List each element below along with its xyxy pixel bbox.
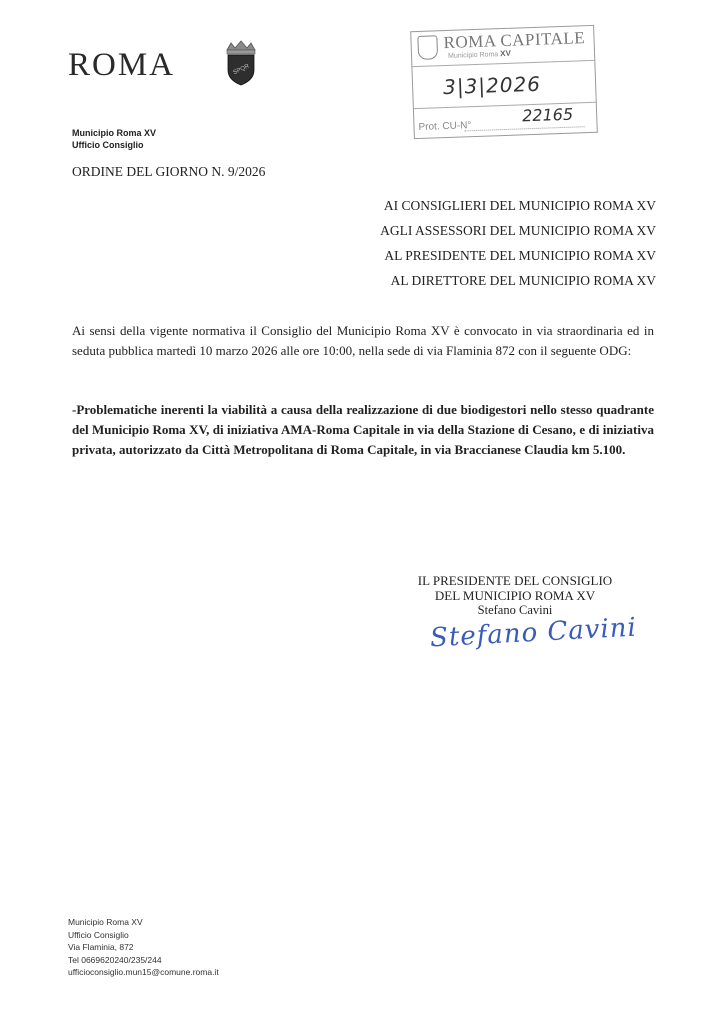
signature-block: IL PRESIDENTE DEL CONSIGLIO DEL MUNICIPI… xyxy=(400,573,630,618)
stamp-subtitle: Municipio Roma XV xyxy=(448,49,511,60)
recipients-list: AI CONSIGLIERI DEL MUNICIPIO ROMA XV AGL… xyxy=(380,193,656,293)
footer-line: Via Flaminia, 872 xyxy=(68,941,219,954)
stamp-prot-label: Prot. CU-N° xyxy=(418,120,471,133)
stamp-subtitle-text: Municipio Roma xyxy=(448,51,498,60)
signature-title-line1: IL PRESIDENTE DEL CONSIGLIO xyxy=(400,573,630,588)
roma-logo-text: ROMA xyxy=(68,47,175,84)
agenda-item: -Problematiche inerenti la viabilità a c… xyxy=(72,400,654,460)
stamp-prot-number: 22165 xyxy=(522,105,574,126)
stamp-date: 3|3|2026 xyxy=(443,72,542,99)
recipient: AL DIRETTORE DEL MUNICIPIO ROMA XV xyxy=(380,268,656,293)
stamp-subtitle-xv: XV xyxy=(500,49,511,58)
office-header: Municipio Roma XV Ufficio Consiglio xyxy=(72,127,156,151)
office-municipio: Municipio Roma XV xyxy=(72,127,156,139)
signature-title-line2: DEL MUNICIPIO ROMA XV xyxy=(400,588,630,603)
footer-line: Ufficio Consiglio xyxy=(68,929,219,942)
stamp-header: ROMA CAPITALE Municipio Roma XV xyxy=(411,26,594,67)
footer-email: ufficioconsiglio.mun15@comune.roma.it xyxy=(68,966,219,979)
handwritten-signature: Stefano Cavini xyxy=(429,613,637,654)
rome-crest-icon: SPQR xyxy=(224,40,258,86)
stamp-dotted-line xyxy=(465,126,585,131)
protocol-stamp: ROMA CAPITALE Municipio Roma XV 3|3|2026… xyxy=(410,25,598,139)
office-ufficio: Ufficio Consiglio xyxy=(72,139,156,151)
footer-line: Tel 0669620240/235/244 xyxy=(68,954,219,967)
document-title: ORDINE DEL GIORNO N. 9/2026 xyxy=(72,164,265,180)
footer-contact: Municipio Roma XV Ufficio Consiglio Via … xyxy=(68,916,219,979)
recipient: AL PRESIDENTE DEL MUNICIPIO ROMA XV xyxy=(380,243,656,268)
convocation-paragraph: Ai sensi della vigente normativa il Cons… xyxy=(72,321,654,361)
stamp-crest-icon xyxy=(417,35,438,60)
recipient: AGLI ASSESSORI DEL MUNICIPIO ROMA XV xyxy=(380,218,656,243)
recipient: AI CONSIGLIERI DEL MUNICIPIO ROMA XV xyxy=(380,193,656,218)
footer-line: Municipio Roma XV xyxy=(68,916,219,929)
